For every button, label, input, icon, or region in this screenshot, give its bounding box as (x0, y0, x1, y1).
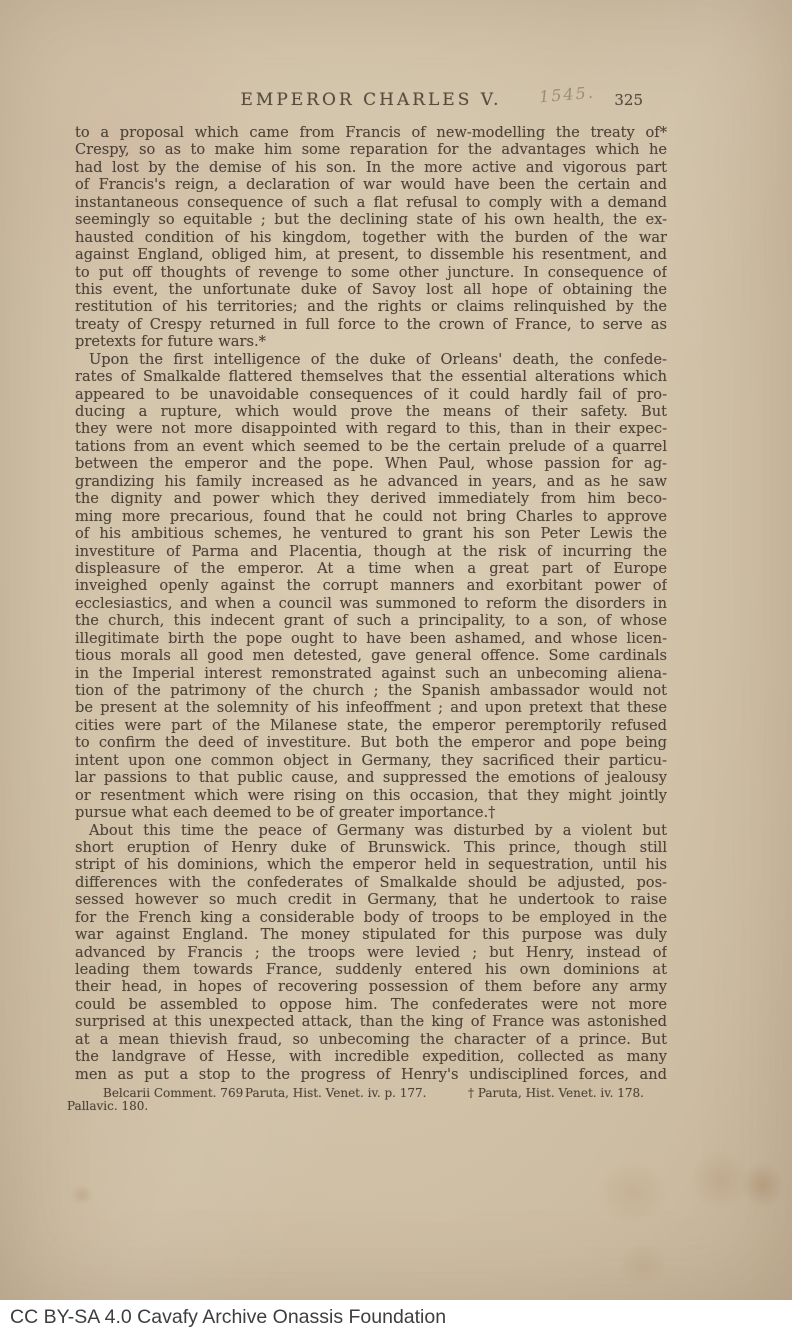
text-line: against England, obliged him, at present… (75, 246, 667, 263)
text-line: instantaneous consequence of such a flat… (75, 194, 667, 211)
text-line: could be assembled to oppose him. The co… (75, 996, 667, 1013)
text-line: war against England. The money stipulate… (75, 926, 667, 943)
text-line: of his ambitious schemes, he ventured to… (75, 525, 667, 542)
foxing-stain (585, 1150, 680, 1235)
text-line: differences with the confederates of Sma… (75, 874, 667, 891)
text-line: men as put a stop to the progress of Hen… (75, 1066, 667, 1083)
license-text: CC BY-SA 4.0 Cavafy Archive Onassis Foun… (10, 1306, 446, 1329)
text-line: displeasure of the emperor. At a time wh… (75, 560, 667, 577)
text-line: restitution of his territories; and the … (75, 298, 667, 315)
text-line: short eruption of Henry duke of Brunswic… (75, 839, 667, 856)
printed-area: EMPEROR CHARLES V. 1545. 325 to a propos… (75, 90, 667, 1116)
text-line: Crespy, so as to make him some reparatio… (75, 141, 667, 158)
text-line: surprised at this unexpected attack, tha… (75, 1013, 667, 1030)
foxing-stain (680, 1140, 760, 1220)
text-line: this event, the unfortunate duke of Savo… (75, 281, 667, 298)
text-line: their head, in hopes of recovering posse… (75, 978, 667, 995)
text-line: the church, this indecent grant of such … (75, 612, 667, 629)
text-line: stript of his dominions, which the emper… (75, 856, 667, 873)
text-line: between the emperor and the pope. When P… (75, 455, 667, 472)
text-line: to confirm the deed of investiture. But … (75, 734, 667, 751)
text-line: About this time the peace of Germany was… (75, 822, 667, 839)
text-line: ming more precarious, found that he coul… (75, 508, 667, 525)
text-line: intent upon one common object in Germany… (75, 752, 667, 769)
text-line: inveighed openly against the corrupt man… (75, 577, 667, 594)
text-line: ecclesiastics, and when a council was su… (75, 595, 667, 612)
text-line: advanced by Francis ; the troops were le… (75, 944, 667, 961)
foxing-stain (735, 1155, 790, 1215)
footnote-ref: Belcarii Comment. 769 (103, 1086, 243, 1100)
text-line: be present at the solemnity of his infeo… (75, 699, 667, 716)
text-line: hausted condition of his kingdom, togeth… (75, 229, 667, 246)
text-line: the landgrave of Hesse, with incredible … (75, 1048, 667, 1065)
page-number: 325 (614, 91, 643, 109)
paragraph: Upon the first intelligence of the duke … (75, 351, 667, 822)
text-line: tion of the patrimony of the church ; th… (75, 682, 667, 699)
book-page-scan: EMPEROR CHARLES V. 1545. 325 to a propos… (0, 0, 792, 1300)
text-line: to put off thoughts of revenge to some o… (75, 264, 667, 281)
paragraph: About this time the peace of Germany was… (75, 822, 667, 1084)
text-line: cities were part of the Milanese state, … (75, 717, 667, 734)
text-line: appeared to be unavoidable consequences … (75, 386, 667, 403)
text-line: illegitimate birth the pope ought to hav… (75, 630, 667, 647)
license-bar: CC BY-SA 4.0 Cavafy Archive Onassis Foun… (0, 1300, 792, 1334)
text-line: Upon the first intelligence of the duke … (75, 351, 667, 368)
running-header: EMPEROR CHARLES V. 1545. 325 (75, 90, 667, 110)
text-line: at a mean thievish fraud, so unbecoming … (75, 1031, 667, 1048)
text-line: investiture of Parma and Placentia, thou… (75, 543, 667, 560)
foxing-stain (68, 1182, 96, 1208)
text-line: of Francis's reign, a declaration of war… (75, 176, 667, 193)
text-line: tious morals all good men detested, gave… (75, 647, 667, 664)
footnote-ref: Paruta, Hist. Venet. iv. p. 177. (245, 1086, 426, 1100)
text-line: to a proposal which came from Francis of… (75, 124, 667, 141)
text-line: leading them towards France, suddenly en… (75, 961, 667, 978)
footnote-ref: Pallavic. 180. (67, 1099, 148, 1113)
text-line: treaty of Crespy returned in full force … (75, 316, 667, 333)
text-line: in the Imperial interest remonstrated ag… (75, 665, 667, 682)
text-line: lar passions to that public cause, and s… (75, 769, 667, 786)
screenshot: EMPEROR CHARLES V. 1545. 325 to a propos… (0, 0, 792, 1334)
text-line: pretexts for future wars.* (75, 333, 667, 350)
text-line: the dignity and power which they derived… (75, 490, 667, 507)
footnotes: Belcarii Comment. 769 Paruta, Hist. Vene… (75, 1086, 667, 1116)
text-line: pursue what each deemed to be of greater… (75, 804, 667, 821)
text-line: grandizing his family increased as he ad… (75, 473, 667, 490)
footnote-ref: † Paruta, Hist. Venet. iv. 178. (468, 1086, 644, 1100)
text-line: for the French king a considerable body … (75, 909, 667, 926)
text-line: sessed however so much credit in Germany… (75, 891, 667, 908)
text-line: rates of Smalkalde flattered themselves … (75, 368, 667, 385)
body-text: to a proposal which came from Francis of… (75, 124, 667, 1083)
text-line: they were not more disappointed with reg… (75, 420, 667, 437)
text-line: seemingly so equitable ; but the declini… (75, 211, 667, 228)
text-line: had lost by the demise of his son. In th… (75, 159, 667, 176)
text-line: ducing a rupture, which would prove the … (75, 403, 667, 420)
text-line: or resentment which were rising on this … (75, 787, 667, 804)
paragraph: to a proposal which came from Francis of… (75, 124, 667, 351)
text-line: tations from an event which seemed to be… (75, 438, 667, 455)
foxing-stain (610, 1235, 676, 1295)
